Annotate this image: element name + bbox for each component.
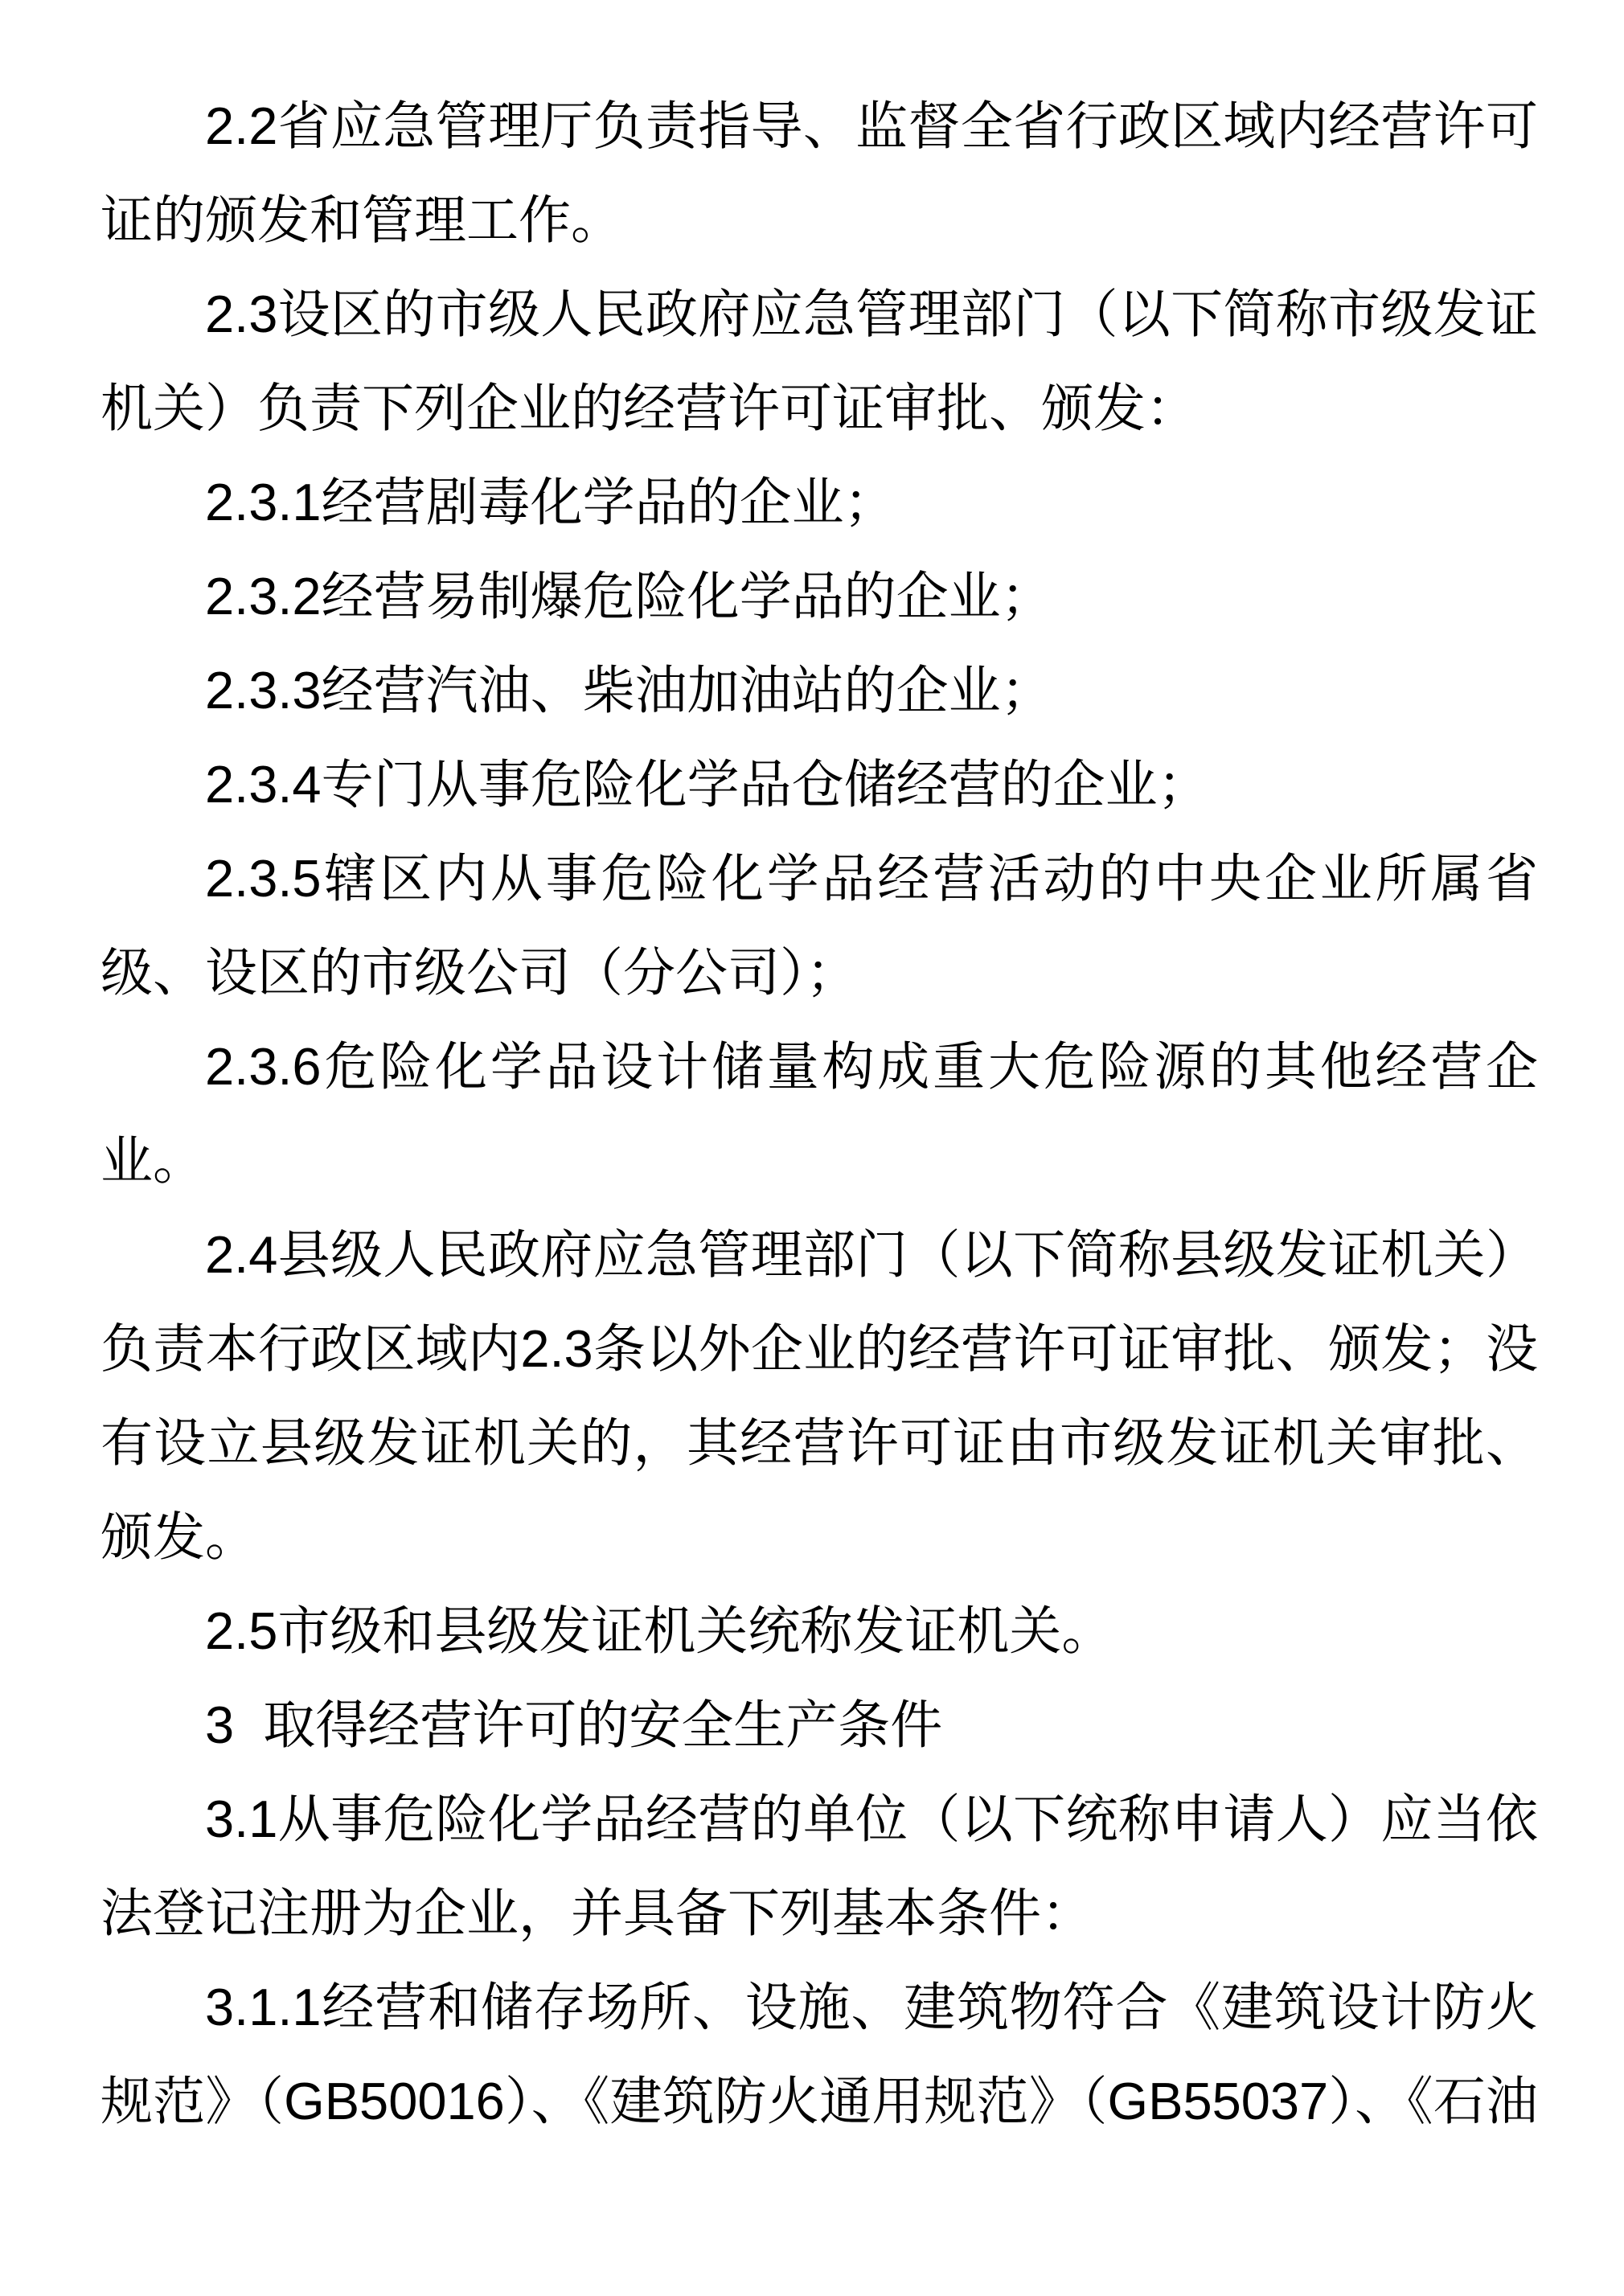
document-page: 2.2省应急管理厅负责指导、监督全省行政区域内经营许可 证的颁发和管理工作。 2… <box>0 0 1624 2296</box>
text-line: 规范》（GB50016）、《建筑防火通用规范》（GB55037）、《石油 <box>100 2054 1538 2148</box>
text-line: 级、设区的市级公司（分公司）； <box>100 925 1538 1019</box>
text-line: 2.3.3经营汽油、柴油加油站的企业； <box>100 643 1538 737</box>
text-line: 2.3.1经营剧毒化学品的企业； <box>100 455 1538 549</box>
text-block: 2.2省应急管理厅负责指导、监督全省行政区域内经营许可 证的颁发和管理工作。 2… <box>100 79 1538 2148</box>
text-line: 3 取得经营许可的安全生产条件 <box>100 1678 1538 1772</box>
text-line: 2.3.5辖区内从事危险化学品经营活动的中央企业所属省 <box>100 831 1538 925</box>
text-line: 证的颁发和管理工作。 <box>100 173 1538 267</box>
text-line: 颁发。 <box>100 1490 1538 1584</box>
text-line: 3.1.1经营和储存场所、设施、建筑物符合《建筑设计防火 <box>100 1960 1538 2054</box>
text-line: 2.3.6危险化学品设计储量构成重大危险源的其他经营企 <box>100 1019 1538 1113</box>
text-line: 2.3.2经营易制爆危险化学品的企业； <box>100 549 1538 643</box>
text-line: 2.5市级和县级发证机关统称发证机关。 <box>100 1584 1538 1678</box>
text-line: 2.4县级人民政府应急管理部门（以下简称县级发证机关） <box>100 1207 1538 1302</box>
text-line: 3.1从事危险化学品经营的单位（以下统称申请人）应当依 <box>100 1772 1538 1866</box>
text-line: 业。 <box>100 1113 1538 1207</box>
text-line: 机关）负责下列企业的经营许可证审批、颁发： <box>100 361 1538 455</box>
text-line: 2.3设区的市级人民政府应急管理部门（以下简称市级发证 <box>100 267 1538 361</box>
text-line: 有设立县级发证机关的，其经营许可证由市级发证机关审批、 <box>100 1396 1538 1490</box>
text-line: 负责本行政区域内2.3条以外企业的经营许可证审批、颁发；没 <box>100 1302 1538 1396</box>
text-line: 2.3.4专门从事危险化学品仓储经营的企业； <box>100 737 1538 831</box>
text-line: 2.2省应急管理厅负责指导、监督全省行政区域内经营许可 <box>100 79 1538 173</box>
text-line: 法登记注册为企业，并具备下列基本条件： <box>100 1866 1538 1960</box>
